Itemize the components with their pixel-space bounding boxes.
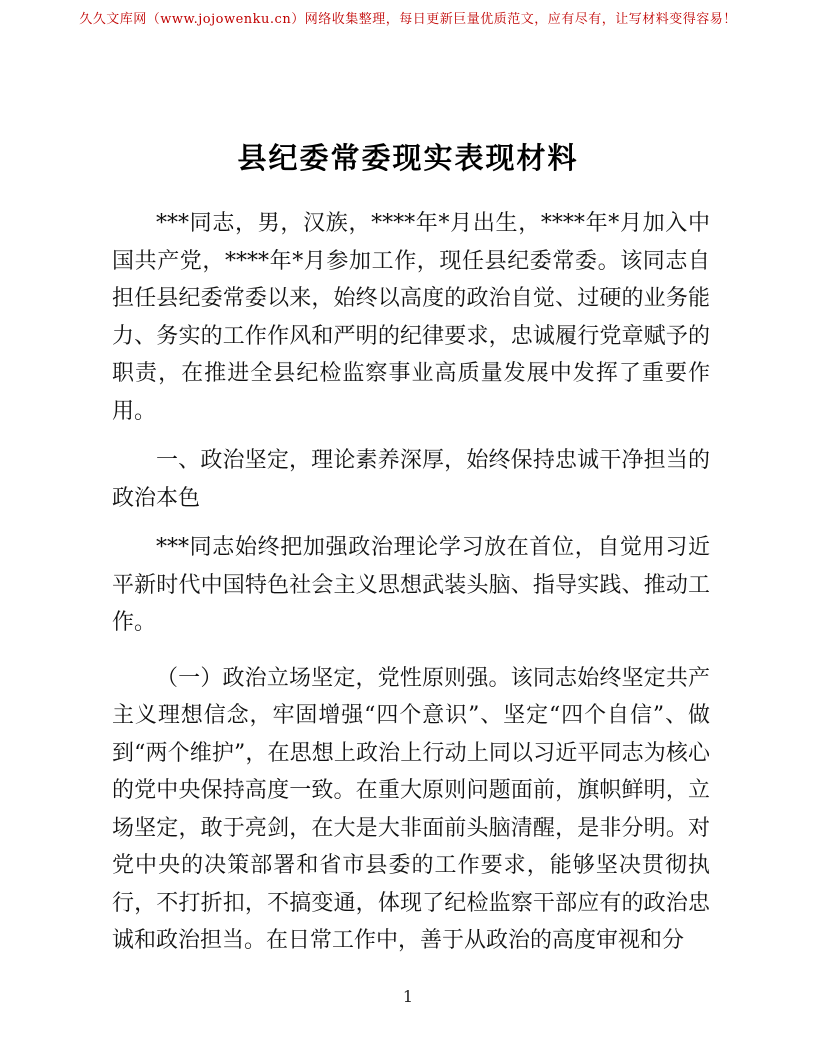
paragraph-intro: ***同志，男，汉族，****年*月出生，****年*月加入中国共产党，****… bbox=[112, 205, 710, 430]
document-page: 久久文库网（www.jojowenku.cn）网络收集整理，每日更新巨量优质范文… bbox=[0, 0, 816, 1056]
paragraph-political-stance: （一）政治立场坚定，党性原则强。该同志始终坚定共产主义理想信念，牢固增强“四个意… bbox=[112, 660, 710, 960]
document-body: ***同志，男，汉族，****年*月出生，****年*月加入中国共产党，****… bbox=[112, 205, 710, 972]
page-number: 1 bbox=[0, 987, 816, 1006]
watermark-header: 久久文库网（www.jojowenku.cn）网络收集整理，每日更新巨量优质范文… bbox=[0, 8, 816, 27]
paragraph-theory-study: ***同志始终把加强政治理论学习放在首位，自觉用习近平新时代中国特色社会主义思想… bbox=[112, 529, 710, 642]
section-heading-1: 一、政治坚定，理论素养深厚，始终保持忠诚干净担当的政治本色 bbox=[112, 442, 710, 517]
document-title: 县纪委常委现实表现材料 bbox=[0, 136, 816, 177]
